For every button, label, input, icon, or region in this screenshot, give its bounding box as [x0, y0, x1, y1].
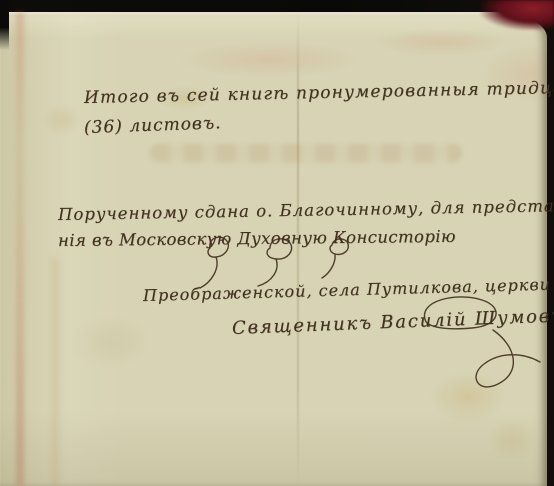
ink-flourish-middle-icon: [252, 234, 308, 292]
signature-paraph-icon: [398, 288, 550, 410]
ink-flourish-right-icon: [320, 233, 360, 285]
handwritten-line-handover-1: Порученному сдана о. Благочинному, для п…: [58, 196, 554, 224]
show-through-stain-band: [150, 144, 462, 162]
handwritten-line-total: Итого въ сей книгѣ пронумерованныя тридц…: [84, 76, 554, 108]
secondary-fold-stain: [52, 258, 58, 486]
ink-flourish-left-icon: [196, 232, 248, 292]
handwritten-line-sheets-count: (36) листовъ.: [84, 113, 222, 138]
red-cloth-patch: [480, 0, 554, 30]
book-page: Итого въ сей книгѣ пронумерованныя тридц…: [0, 12, 547, 486]
left-fold-stain: [16, 12, 24, 486]
top-left-shadow: [0, 0, 9, 50]
photo-frame: Итого въ сей книгѣ пронумерованныя тридц…: [0, 0, 554, 486]
